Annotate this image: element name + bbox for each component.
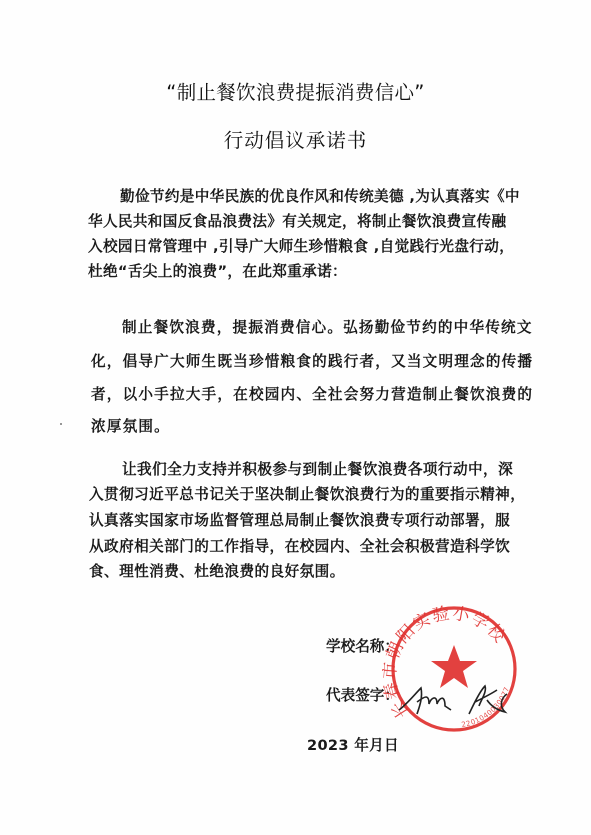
paragraph-line: 杜绝“舌尖上的浪费”，在此郑重承诺： — [88, 262, 347, 282]
paragraph-line: 让我们全力支持并积极参与到制止餐饮浪费各项行动中，深 — [122, 460, 513, 480]
handwritten-signature — [395, 680, 515, 720]
document-date: 2023 年月日 — [307, 736, 399, 756]
paragraph-line: 入贯彻习近平总书记关于坚决制止餐饮浪费行为的重要指示精神， — [89, 485, 525, 505]
paragraph-line: 华人民共和国反食品浪费法》有关规定，将制止餐饮浪费宣传融 — [88, 212, 506, 232]
document-subtitle: 行动倡议承诺书 — [0, 128, 591, 154]
document-title: “制止餐饮浪费提振消费信心” — [0, 80, 591, 106]
paragraph-line: 认真落实国家市场监督管理总局制止餐饮浪费专项行动部署，服 — [89, 511, 510, 531]
paragraph-line: 入校园日常管理中 ,引导广大师生珍惜粮食 ,自觉践行光盘行动， — [88, 237, 514, 257]
paragraph-line: 制止餐饮浪费，提振消费信心。弘扬勤俭节约的中华传统文 — [122, 318, 533, 338]
paragraph-line: 浓厚氛围。 — [91, 417, 170, 437]
paragraph-line: 化，倡导广大师生既当珍惜粮食的践行者，又当文明理念的传播 — [91, 352, 533, 372]
paragraph-line: 食、理性消费、杜绝浪费的良好氛围。 — [89, 562, 345, 582]
document-page: “制止餐饮浪费提振消费信心” 行动倡议承诺书 勤俭节约是中华民族的优良作风和传统… — [0, 0, 591, 835]
paragraph-line: 勤俭节约是中华民族的优良作风和传统美德 ,为认真落实《中 — [120, 187, 520, 207]
scan-artifact-dot — [60, 423, 62, 425]
paragraph-line: 从政府相关部门的工作指导，在校园内、全社会积极营造科学饮 — [89, 537, 510, 557]
paragraph-line: 者，以小手拉大手，在校园内、全社会努力营造制止餐饮浪费的 — [91, 385, 533, 405]
